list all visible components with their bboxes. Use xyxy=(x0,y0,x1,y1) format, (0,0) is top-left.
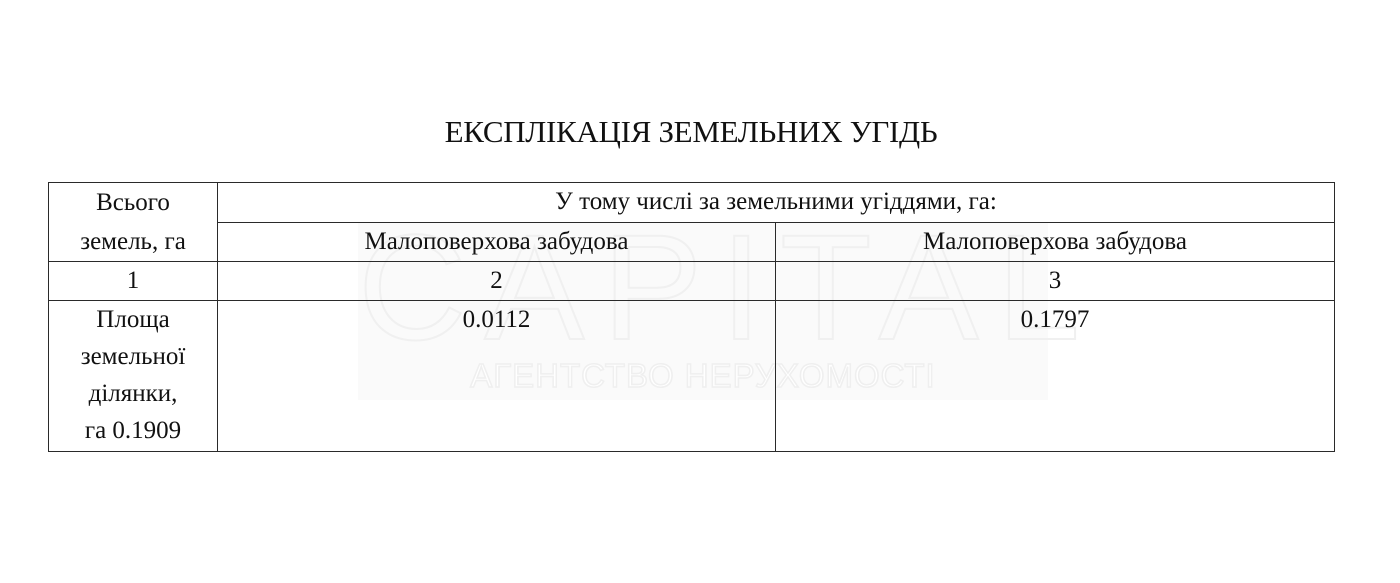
header-group: У тому числі за земельними угіддями, га: xyxy=(218,183,1335,223)
document-title: ЕКСПЛІКАЦІЯ ЗЕМЕЛЬНИХ УГІДЬ xyxy=(0,112,1382,152)
column-number-3: 3 xyxy=(776,262,1335,301)
row-label-line: земельної xyxy=(53,338,213,375)
table-header-row-2: Малоповерхова забудова Малоповерхова заб… xyxy=(49,222,1335,262)
row-label-line: ділянки, xyxy=(53,375,213,412)
header-total-land: Всього земель, га xyxy=(49,183,218,262)
column-number-1: 1 xyxy=(49,262,218,301)
row-label-line: га 0.1909 xyxy=(53,412,213,449)
cell-value-col2: 0.0112 xyxy=(218,301,776,452)
header-total-line1: Всього xyxy=(53,183,213,222)
table-column-numbers-row: 1 2 3 xyxy=(49,262,1335,301)
table-row: Площа земельної ділянки, га 0.1909 0.011… xyxy=(49,301,1335,452)
column-number-2: 2 xyxy=(218,262,776,301)
header-subcolumn-2: Малоповерхова забудова xyxy=(776,222,1335,262)
row-label-plot-area: Площа земельної ділянки, га 0.1909 xyxy=(49,301,218,452)
cell-value-col3: 0.1797 xyxy=(776,301,1335,452)
table-header-row-1: Всього земель, га У тому числі за земель… xyxy=(49,183,1335,223)
header-total-line2: земель, га xyxy=(53,222,213,261)
header-subcolumn-1: Малоповерхова забудова xyxy=(218,222,776,262)
row-label-line: Площа xyxy=(53,301,213,338)
land-explication-table: Всього земель, га У тому числі за земель… xyxy=(48,182,1335,452)
